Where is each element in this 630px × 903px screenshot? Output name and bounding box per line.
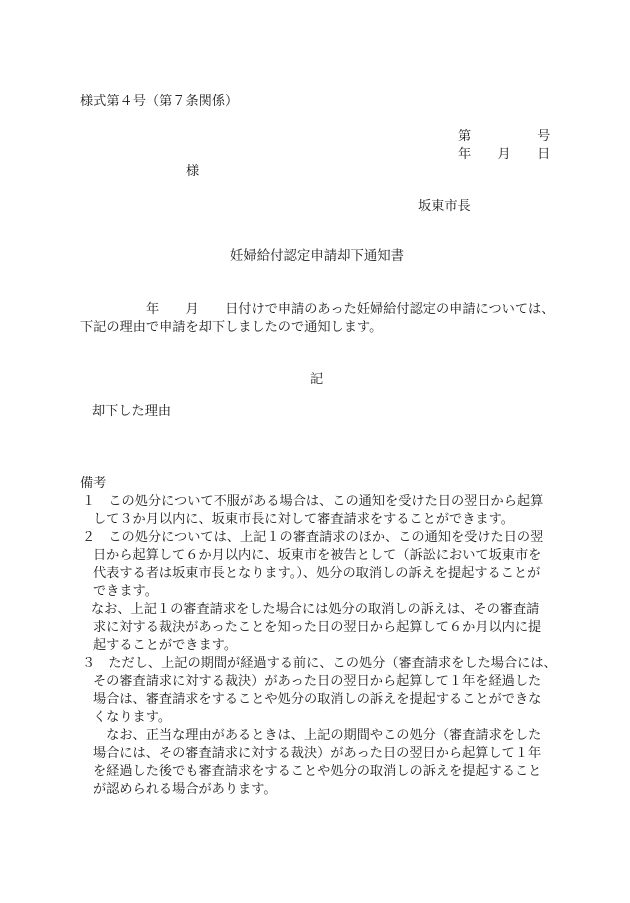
- reason-label: 却下した理由: [92, 403, 171, 421]
- remark-1-line-1: １ この処分について不服がある場合は、この通知を受けた日の翌日から起算: [82, 493, 543, 511]
- form-label: 様式第４号（第７条関係）: [80, 93, 238, 111]
- remark-3-line-4: くなります。: [93, 709, 171, 727]
- issue-date: 年 月 日: [458, 146, 550, 164]
- body-line-1: 年 月 日付けで申請のあった妊婦給付認定の申請については、: [146, 301, 554, 319]
- reference-number: 第 号: [458, 128, 550, 146]
- remarks-heading: 備考: [80, 475, 106, 493]
- ki-label: 記: [310, 371, 323, 389]
- body-line-2: 下記の理由で申請を却下しましたので通知します。: [80, 319, 382, 337]
- remark-3-note-line-2: 場合には、その審査請求に対する裁決）があった日の翌日から起算して１年: [93, 745, 541, 763]
- addressee: 様: [186, 163, 199, 181]
- remark-3-note-line-1: なお、正当な理由があるときは、上記の期間やこの処分（審査請求をした: [93, 727, 541, 745]
- remark-2-note-line-2: 求に対する裁決があったことを知った日の翌日から起算して６か月以内に提: [93, 619, 541, 637]
- remark-3-line-2: その審査請求に対する裁決）があった日の翌日から起算して１年を経過した: [93, 673, 541, 691]
- remark-2-note-line-3: 起することができます。: [93, 637, 237, 655]
- remark-2-line-1: ２ この処分については、上記１の審査請求のほか、この通知を受けた日の翌: [82, 529, 543, 547]
- remark-3-line-1: ３ ただし、上記の期間が経過する前に、この処分（審査請求をした場合には、: [82, 655, 557, 673]
- remark-2-note-line-1: なお、上記１の審査請求をした場合には処分の取消しの訴えは、その審査請: [91, 601, 539, 619]
- remark-2-line-3: 代表する者は坂東市長となります。）、処分の取消しの訴えを提起することが: [93, 565, 540, 583]
- remark-2-line-2: 日から起算して６か月以内に、坂東市を被告として（訴訟において坂東市を: [93, 547, 541, 565]
- document-title: 妊婦給付認定申請却下通知書: [230, 248, 404, 266]
- remark-3-line-3: 場合は、審査請求をすることや処分の取消しの訴えを提起することができな: [93, 691, 541, 709]
- issuer: 坂東市長: [418, 198, 471, 216]
- remark-2-line-4: できます。: [93, 583, 158, 601]
- remark-1-line-2: して３か月以内に、坂東市長に対して審査請求をすることができます。: [93, 511, 514, 529]
- remark-3-note-line-4: が認められる場合があります。: [93, 781, 277, 799]
- remark-3-note-line-3: を経過した後でも審査請求をすることや処分の取消しの訴えを提起すること: [93, 763, 541, 781]
